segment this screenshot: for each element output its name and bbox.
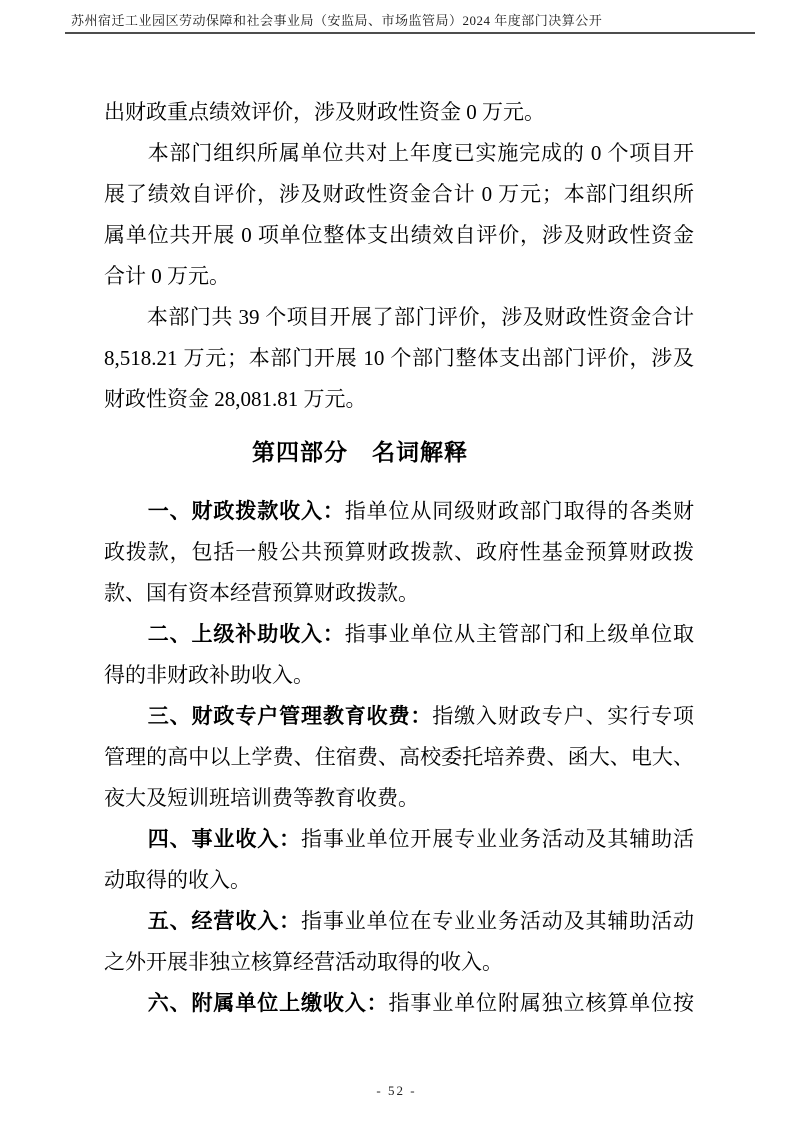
text-line: 合计 0 万元。	[104, 256, 694, 297]
text-segment	[104, 704, 148, 728]
text-line: 本部门共 39 个项目开展了部门评价，涉及财政性资金合计	[104, 297, 694, 338]
text-segment: 指缴入财政专户、实行专项	[432, 704, 694, 728]
page-number: - 52 -	[376, 1083, 416, 1098]
text-line: 8,518.21 万元；本部门开展 10 个部门整体支出部门评价，涉及	[104, 338, 694, 379]
text-line: 得的非财政补助收入。	[104, 655, 694, 696]
page-footer: - 52 -	[0, 1082, 793, 1100]
text-line: 六、附属单位上缴收入：指事业单位附属独立核算单位按	[104, 983, 694, 1024]
text-line: 出财政重点绩效评价，涉及财政性资金 0 万元。	[104, 92, 694, 133]
text-segment: 款、国有资本经营预算财政拨款。	[104, 581, 419, 605]
text-line: 四、事业收入：指事业单位开展专业业务活动及其辅助活	[104, 819, 694, 860]
definition-term: 一、财政拨款收入：	[148, 500, 345, 523]
text-segment: 之外开展非独立核算经营活动取得的收入。	[104, 950, 503, 974]
text-line: 动取得的收入。	[104, 860, 694, 901]
text-segment	[104, 827, 148, 851]
text-segment: 财政性资金 28,081.81 万元。	[104, 387, 367, 411]
text-segment: 本部门组织所属单位共对上年度已实施完成的 0 个项目开	[104, 141, 694, 165]
text-segment: 指事业单位开展专业业务活动及其辅助活	[301, 827, 694, 851]
text-segment	[104, 909, 148, 933]
document-page: 苏州宿迁工业园区劳动保障和社会事业局（安监局、市场监管局）2024 年度部门决算…	[0, 0, 793, 1122]
text-line: 一、财政拨款收入：指单位从同级财政部门取得的各类财	[104, 491, 694, 532]
text-segment: 指事业单位附属独立核算单位按	[389, 991, 694, 1015]
text-segment: 管理的高中以上学费、住宿费、高校委托培养费、函大、电大、	[104, 745, 694, 769]
text-line: 三、财政专户管理教育收费：指缴入财政专户、实行专项	[104, 696, 694, 737]
text-line: 款、国有资本经营预算财政拨款。	[104, 573, 694, 614]
definition-term: 六、附属单位上缴收入：	[148, 992, 389, 1015]
text-segment: 动取得的收入。	[104, 868, 251, 892]
page-body: 出财政重点绩效评价，涉及财政性资金 0 万元。 本部门组织所属单位共对上年度已实…	[104, 0, 694, 1024]
text-line: 展了绩效自评价，涉及财政性资金合计 0 万元；本部门组织所	[104, 174, 694, 215]
text-segment: 展了绩效自评价，涉及财政性资金合计 0 万元；本部门组织所	[104, 182, 694, 206]
text-line: 五、经营收入：指事业单位在专业业务活动及其辅助活动	[104, 901, 694, 942]
definition-term: 三、财政专户管理教育收费：	[148, 705, 433, 728]
text-segment: 属单位共开展 0 项单位整体支出绩效自评价，涉及财政性资金	[104, 223, 694, 247]
text-segment: 合计 0 万元。	[104, 264, 230, 288]
definition-term: 五、经营收入：	[148, 910, 301, 933]
section-title: 第四部分 名词解释	[65, 432, 655, 473]
text-segment: 出财政重点绩效评价，涉及财政性资金 0 万元。	[104, 100, 545, 124]
body-paragraphs: 出财政重点绩效评价，涉及财政性资金 0 万元。 本部门组织所属单位共对上年度已实…	[104, 92, 694, 420]
text-segment: 政拨款，包括一般公共预算财政拨款、政府性基金预算财政拨	[104, 540, 694, 564]
text-segment	[104, 991, 148, 1015]
text-segment: 8,518.21 万元；本部门开展 10 个部门整体支出部门评价，涉及	[104, 346, 694, 370]
definitions-list: 一、财政拨款收入：指单位从同级财政部门取得的各类财政拨款，包括一般公共预算财政拨…	[104, 491, 694, 1024]
text-segment: 得的非财政补助收入。	[104, 663, 314, 687]
text-line: 管理的高中以上学费、住宿费、高校委托培养费、函大、电大、	[104, 737, 694, 778]
text-line: 本部门组织所属单位共对上年度已实施完成的 0 个项目开	[104, 133, 694, 174]
text-line: 政拨款，包括一般公共预算财政拨款、政府性基金预算财政拨	[104, 532, 694, 573]
text-segment: 本部门共 39 个项目开展了部门评价，涉及财政性资金合计	[104, 305, 694, 329]
text-segment	[104, 499, 148, 523]
text-line: 属单位共开展 0 项单位整体支出绩效自评价，涉及财政性资金	[104, 215, 694, 256]
text-segment: 指事业单位从主管部门和上级单位取	[345, 622, 694, 646]
text-segment	[104, 622, 148, 646]
text-segment: 指单位从同级财政部门取得的各类财	[345, 499, 694, 523]
text-segment: 夜大及短训班培训费等教育收费。	[104, 786, 419, 810]
definition-term: 四、事业收入：	[148, 828, 301, 851]
text-line: 夜大及短训班培训费等教育收费。	[104, 778, 694, 819]
text-line: 二、上级补助收入：指事业单位从主管部门和上级单位取	[104, 614, 694, 655]
text-line: 财政性资金 28,081.81 万元。	[104, 379, 694, 420]
text-segment: 指事业单位在专业业务活动及其辅助活动	[301, 909, 694, 933]
text-line: 之外开展非独立核算经营活动取得的收入。	[104, 942, 694, 983]
definition-term: 二、上级补助收入：	[148, 623, 345, 646]
